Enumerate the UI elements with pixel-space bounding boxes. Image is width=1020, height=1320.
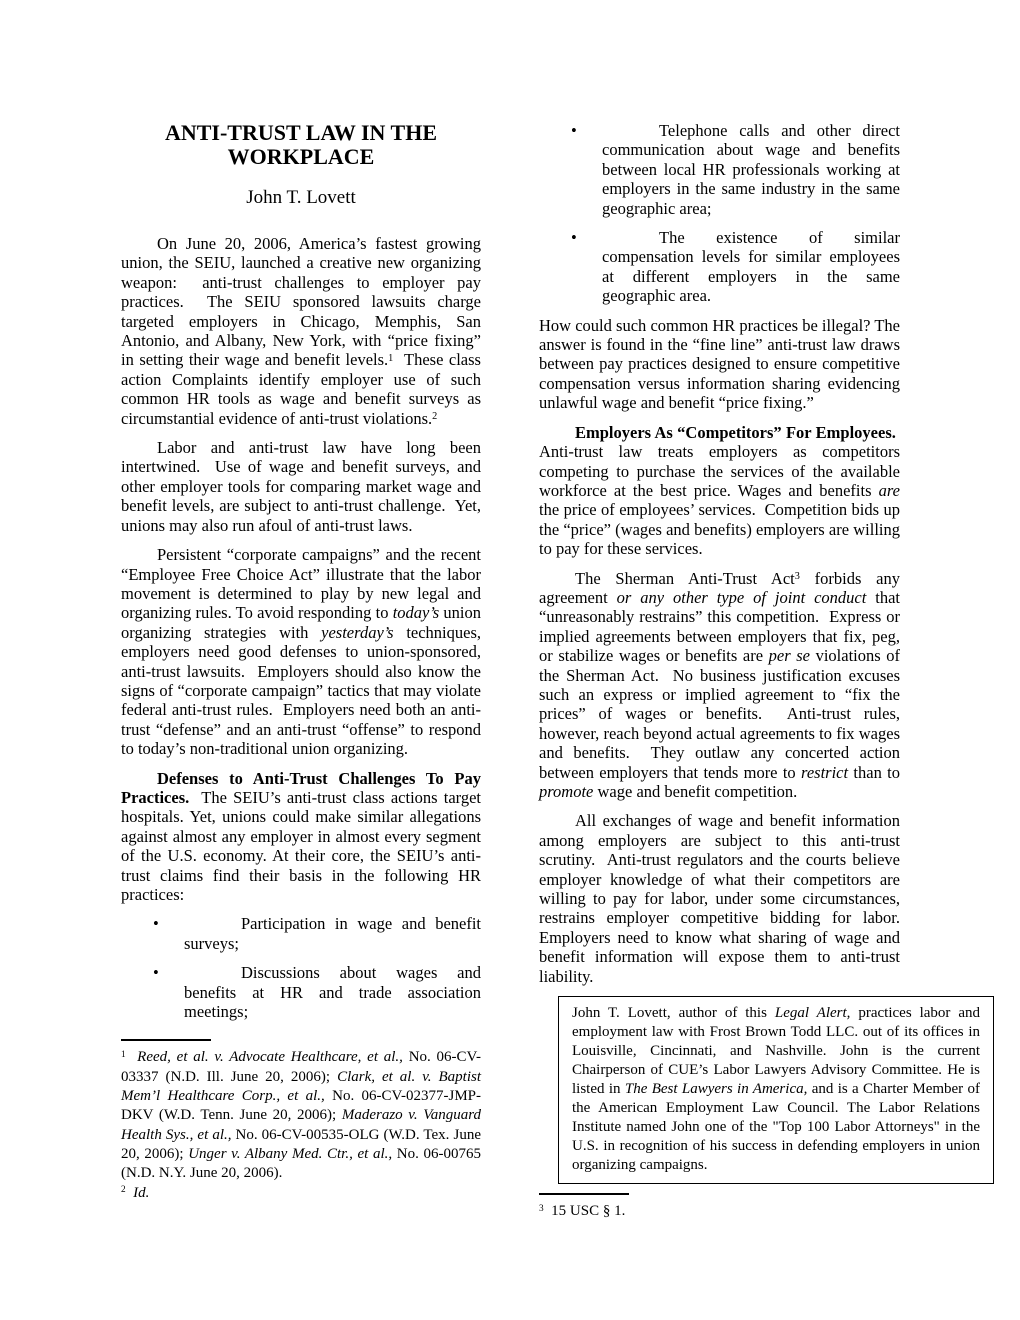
bullet-icon: • bbox=[153, 963, 159, 982]
footnote-separator bbox=[121, 1039, 211, 1041]
paragraph-labor-antitrust: Labor and anti-trust law have long been … bbox=[121, 438, 481, 535]
right-column: •Telephone calls and other direct commun… bbox=[539, 121, 900, 1221]
list-item-text: Participation in wage and benefit survey… bbox=[184, 914, 481, 952]
bullet-icon: • bbox=[571, 228, 577, 247]
list-item-discussions: •Discussions about wages and benefits at… bbox=[121, 963, 481, 1021]
list-item-text: Discussions about wages and benefits at … bbox=[184, 963, 481, 1021]
bullet-icon: • bbox=[571, 121, 577, 140]
footnote-3: 3 15 USC § 1. bbox=[539, 1202, 900, 1221]
paragraph-intro: On June 20, 2006, America’s fastest grow… bbox=[121, 234, 481, 428]
document-title: ANTI-TRUST LAW IN THE WORKPLACE bbox=[121, 121, 481, 169]
paragraph-sherman-act: The Sherman Anti-Trust Act3 forbids any … bbox=[539, 569, 900, 802]
footnote-separator bbox=[539, 1193, 629, 1195]
paragraph-defenses-heading: Defenses to Anti-Trust Challenges To Pay… bbox=[121, 769, 481, 905]
footnote-1: 1 Reed, et al. v. Advocate Healthcare, e… bbox=[121, 1048, 481, 1183]
author-bio-box: John T. Lovett, author of this Legal Ale… bbox=[558, 996, 994, 1184]
author-byline: John T. Lovett bbox=[121, 186, 481, 209]
left-column: ANTI-TRUST LAW IN THE WORKPLACE John T. … bbox=[121, 121, 481, 1203]
list-item-text: Telephone calls and other direct communi… bbox=[602, 121, 900, 218]
bullet-icon: • bbox=[153, 914, 159, 933]
document-page: ANTI-TRUST LAW IN THE WORKPLACE John T. … bbox=[0, 0, 1020, 1320]
list-item-participation: •Participation in wage and benefit surve… bbox=[121, 914, 481, 953]
list-item-compensation-levels: •The existence of similar compensation l… bbox=[539, 228, 900, 306]
footnote-2: 2 Id. bbox=[121, 1184, 481, 1203]
title-line-2: WORKPLACE bbox=[121, 145, 481, 169]
title-line-1: ANTI-TRUST LAW IN THE bbox=[121, 121, 481, 145]
bullet-list-right: •Telephone calls and other direct commun… bbox=[539, 121, 900, 306]
list-item-telephone-calls: •Telephone calls and other direct commun… bbox=[539, 121, 900, 218]
bullet-list-left: •Participation in wage and benefit surve… bbox=[121, 914, 481, 1021]
list-item-text: The existence of similar compensation le… bbox=[602, 228, 900, 305]
paragraph-how-could: How could such common HR practices be il… bbox=[539, 316, 900, 413]
footnotes-right: 3 15 USC § 1. bbox=[539, 1193, 900, 1221]
paragraph-corporate-campaigns: Persistent “corporate campaigns” and the… bbox=[121, 545, 481, 758]
paragraph-all-exchanges: All exchanges of wage and benefit inform… bbox=[539, 811, 900, 986]
footnotes-left: 1 Reed, et al. v. Advocate Healthcare, e… bbox=[121, 1039, 481, 1202]
paragraph-employers-competitors: Employers As “Competitors” For Employees… bbox=[539, 423, 900, 559]
